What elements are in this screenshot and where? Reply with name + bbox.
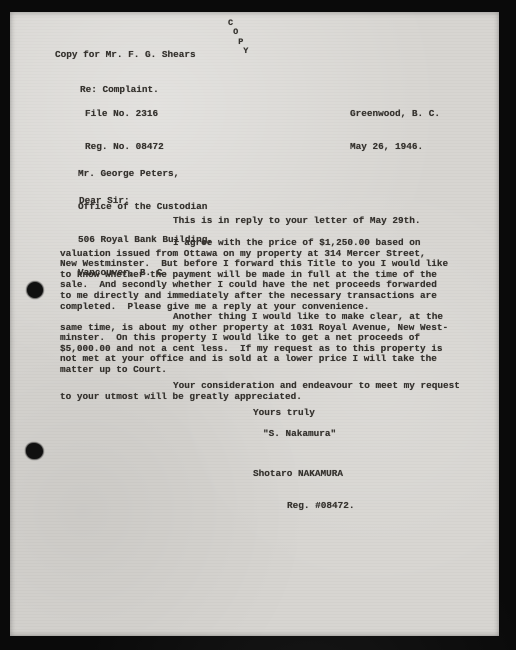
dateline-block: Greenwood, B. C. May 26, 1946. <box>350 86 440 174</box>
signature-reg-number: Reg. #08472. <box>287 501 355 512</box>
file-number: File No. 2316 <box>85 108 164 119</box>
signature-block: Shotaro NAKAMURA Reg. #08472. <box>253 448 355 533</box>
hole-punch-mark-top <box>27 282 43 298</box>
body-paragraph-4: Your consideration and endeavour to meet… <box>60 381 460 402</box>
letter-paper: Copy for Mr. F. G. Shears Re: Complaint.… <box>10 12 499 636</box>
copy-routing-line1: Copy for Mr. F. G. Shears <box>55 49 196 61</box>
body-paragraph-1: This is in reply to your letter of May 2… <box>60 216 421 227</box>
valediction: Yours truly <box>253 408 315 419</box>
recipient-name: Mr. George Peters, <box>78 168 213 179</box>
signature-quoted: "S. Nakamura" <box>263 429 336 440</box>
dateline-place: Greenwood, B. C. <box>350 108 440 119</box>
copy-stamp: C O P Y <box>228 19 248 57</box>
salutation: Dear Sir: <box>79 196 130 207</box>
body-paragraph-3: Another thing I would like to make clear… <box>60 312 448 376</box>
signature-typed-name: Shotaro NAKAMURA <box>253 469 355 480</box>
scanned-letter-page: Copy for Mr. F. G. Shears Re: Complaint.… <box>0 0 516 650</box>
hole-punch-mark-bottom <box>26 443 43 459</box>
dateline-date: May 26, 1946. <box>350 141 440 152</box>
body-paragraph-2: I agree with the price of $1,250.00 base… <box>60 238 448 312</box>
